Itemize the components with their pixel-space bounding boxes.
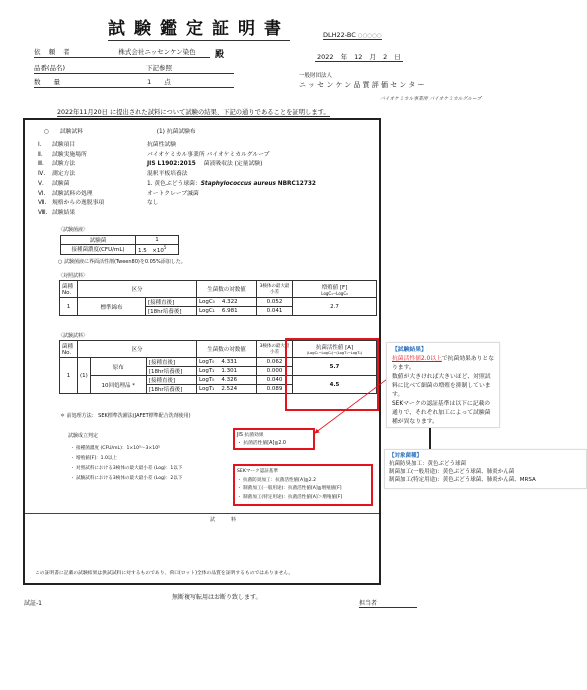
- item-num: Ⅰ.: [38, 141, 52, 151]
- intro-statement: 2022年11月20日 に提出された試料について試験の結果、下記の通りであること…: [57, 107, 330, 117]
- result-callout-text: 数値が大きければ大きいほど、対照試料に比べて細菌の増殖を抑制しています。: [392, 373, 494, 400]
- test-caption: 〈試験試料〉: [58, 332, 88, 339]
- log-value: 4.331: [221, 359, 237, 365]
- item-row: Ⅵ.試験試料の処理オートクレーブ滅菌: [38, 190, 316, 200]
- sample-label: 試験試料: [60, 126, 155, 135]
- org-name: ニッセンケン品質評価センター: [299, 80, 427, 90]
- item-num: Ⅳ.: [38, 170, 52, 180]
- org-type: 一般財団法人: [299, 71, 332, 79]
- timing: [18hr培養後]: [146, 367, 196, 376]
- species-line: 制菌加工(特定用途)：黄色ぶどう球菌、肺炎かん菌、MRSA: [389, 476, 582, 484]
- timing: [接種直後]: [146, 298, 197, 307]
- species-line: 制菌加工(一般用途)：黄色ぶどう球菌、肺炎かん菌: [389, 468, 582, 476]
- validity-title: 試験成立判定: [68, 432, 98, 439]
- item-label: 試験菌: [52, 180, 147, 190]
- sek-box-item: ・ 制菌加工(一般用途)：抗菌活性値[A]≧増殖値[F]: [237, 485, 369, 494]
- validity-item: ・ 対照試料における3検体の最大最小差 (Log)：1以下: [70, 464, 182, 474]
- growth-value: 2.7: [293, 298, 377, 316]
- log-label: LogC₁: [199, 308, 215, 314]
- item-value-bold: JIS L1902:2015: [147, 161, 196, 167]
- log-label: LogT₁: [199, 368, 214, 374]
- inoculum-label: 試験菌: [61, 236, 136, 245]
- item-value: 混釈平板培養法: [147, 171, 188, 177]
- item-label: 試験実施場所: [52, 151, 147, 161]
- sample-no: (1): [78, 358, 91, 394]
- inoculum-note: ○ 試験菌液に界面活性剤(Tween80)を0.05%添加した。: [58, 258, 186, 265]
- log-value: 2.524: [221, 386, 237, 392]
- item-label: 試験結果: [52, 209, 147, 219]
- issue-date: 2022 年 12 月 2 日: [315, 52, 403, 62]
- inoculum-table: 試験菌1 接種菌濃度(CFU/mL)1.5 ×105: [60, 235, 179, 255]
- strain-no: 1: [60, 358, 78, 394]
- log-label: LogC₀: [199, 299, 215, 305]
- inoculum-caption: 〈試験菌液〉: [58, 226, 88, 233]
- col-header-growth: 増殖値 [F]: [295, 283, 374, 291]
- item-row: Ⅳ.測定方法混釈平板培養法: [38, 170, 316, 180]
- result-callout: 【試験結果】 抗菌活性値2.0以上で抗菌効果ありとなります。 数値が大きければ大…: [386, 342, 500, 428]
- sample-mark: ○: [44, 129, 58, 135]
- inoculum-label: 接種菌濃度(CFU/mL): [61, 245, 136, 255]
- item-value-strain: NBRC12732: [278, 181, 316, 187]
- log-label: LogT₀: [199, 377, 214, 383]
- range-value: 0.041: [257, 307, 293, 316]
- col-header-no: 菌種No.: [60, 341, 78, 358]
- control-name: 標準綿布: [78, 298, 146, 316]
- growth-formula: LogC₁−LogC₀: [295, 291, 374, 296]
- species-callout: 【対象菌種】 抗菌防臭加工：黄色ぶどう球菌 制菌加工(一般用途)：黄色ぶどう球菌…: [384, 449, 587, 489]
- strain-no: 1: [60, 298, 78, 316]
- inoculum-value: 1.5 ×10: [138, 248, 164, 254]
- product-row: 品番(品名) 下記参照: [34, 63, 234, 74]
- timing: [接種直後]: [146, 376, 196, 385]
- item-value: オートクレーブ滅菌: [147, 191, 199, 197]
- client-label: 依 頼 者: [34, 47, 73, 56]
- callout-connector: [429, 427, 431, 449]
- client-row: 依 頼 者 株式会社ニッセンケン染色: [34, 47, 210, 58]
- item-value: 抗菌性試験: [147, 142, 176, 148]
- validity-item: ・ 増殖値[F]：1.0以上: [70, 454, 182, 464]
- doc-number-text: DLH22-BC: [323, 31, 356, 39]
- result-callout-highlight: 抗菌活性値2.0以上: [392, 356, 442, 362]
- org-department: バイオケミカル事業所 バイオケミカルグループ: [380, 95, 481, 102]
- result-callout-head: 【試験結果】: [392, 346, 494, 355]
- sek-box-item: ・ 制菌加工(特定用途)：抗菌活性値[A]＞増殖値[F]: [237, 494, 369, 503]
- jis-criteria-box: JIS 抗菌効果 ・ 抗菌活性値[A]≧2.0: [233, 428, 315, 450]
- sek-criteria-box: SEKマーク認証基準 ・ 抗菌防臭加工：抗菌活性値[A]≧2.2 ・ 制菌加工(…: [233, 464, 373, 506]
- item-label: 試験項目: [52, 141, 147, 151]
- species-callout-head: 【対象菌種】: [389, 452, 582, 460]
- quantity-value: 1 点: [109, 77, 209, 86]
- test-items-list: Ⅰ.試験項目抗菌性試験 Ⅱ.試験実施場所バイオケミカル事業所 バイオケミカルグル…: [38, 141, 316, 219]
- col-header-range: 3検体の最大最小差: [257, 281, 293, 298]
- control-table: 菌種No. 区分 生菌数の対数値 3検体の最大最小差 増殖値 [F]LogC₁−…: [59, 280, 377, 316]
- item-value: バイオケミカル事業所 バイオケミカルグループ: [147, 152, 269, 158]
- pretreatment-footnote: ＊ 前処理方法： SEK標準洗濯法(JAFET標準配合洗剤使用): [60, 412, 191, 419]
- item-num: Ⅲ.: [38, 160, 52, 170]
- item-row: Ⅷ.試験結果: [38, 209, 316, 219]
- col-header-category: 区分: [78, 281, 197, 298]
- jis-box-title: JIS 抗菌効果: [237, 432, 311, 440]
- item-value: 1. 黄色ぶどう球菌：: [147, 181, 201, 187]
- document-title: 試験鑑定証明書: [108, 14, 290, 41]
- timing: [18hr培養後]: [146, 307, 197, 316]
- log-value: 6.981: [222, 308, 238, 314]
- log-value: 4.326: [221, 377, 237, 383]
- item-value: 菌液吸収法 (定量試験): [204, 161, 263, 167]
- control-caption: 〈対照試料〉: [58, 272, 88, 279]
- validity-item: ・ 試験試料における3検体の最大最小差 (Log)：2以下: [70, 474, 182, 484]
- sek-box-item: ・ 抗菌防臭加工：抗菌活性値[A]≧2.2: [237, 477, 369, 486]
- item-row: Ⅶ.規格からの逸脱事項なし: [38, 199, 316, 209]
- section-divider: [25, 513, 379, 514]
- item-label: 測定方法: [52, 170, 147, 180]
- timing: [接種直後]: [146, 358, 196, 367]
- log-label: LogT₁: [199, 386, 214, 392]
- group-name: 10回処理品 *: [90, 376, 146, 394]
- item-num: Ⅵ.: [38, 190, 52, 200]
- product-label: 品番(品名): [34, 63, 65, 72]
- item-label: 規格からの逸脱事項: [52, 199, 147, 209]
- quantity-label: 数 量: [34, 77, 60, 86]
- sample-section-label: 試 料: [210, 516, 238, 523]
- item-row: Ⅱ.試験実施場所バイオケミカル事業所 バイオケミカルグループ: [38, 151, 316, 161]
- col-header-logval: 生菌数の対数値: [197, 281, 257, 298]
- validity-list: ・ 接種菌濃度 (CFU/mL)：1×10⁵〜3×10⁵ ・ 増殖値[F]：1.…: [70, 444, 182, 484]
- item-num: Ⅶ.: [38, 199, 52, 209]
- document-number: DLH22-BC○○○○○: [323, 31, 382, 40]
- col-header-category: 区分: [78, 341, 197, 358]
- group-name: 原布: [90, 358, 146, 376]
- sample-value: (1) 抗菌試験布: [157, 129, 196, 135]
- form-id: 試証-1: [24, 598, 42, 607]
- product-value: 下記参照: [109, 63, 209, 72]
- inoculum-exponent: 5: [164, 245, 167, 250]
- range-value: 0.052: [257, 298, 293, 307]
- item-row: Ⅲ.試験方法JIS L1902:2015菌液吸収法 (定量試験): [38, 160, 316, 170]
- quantity-row: 数 量 1 点: [34, 77, 234, 88]
- item-label: 試験方法: [52, 160, 147, 170]
- sek-box-title: SEKマーク認証基準: [237, 468, 369, 477]
- validity-item: ・ 接種菌濃度 (CFU/mL)：1×10⁵〜3×10⁵: [70, 444, 182, 454]
- inoculum-value: 1: [136, 236, 179, 245]
- item-label: 試験試料の処理: [52, 190, 147, 200]
- item-num: Ⅷ.: [38, 209, 52, 219]
- sample-row: ○ 試験試料 (1) 抗菌試験布: [44, 126, 196, 135]
- item-value-species: Staphylococcus aureus: [201, 181, 276, 187]
- item-num: Ⅱ.: [38, 151, 52, 161]
- log-value: 4.322: [222, 299, 238, 305]
- col-header-no: 菌種No.: [60, 281, 78, 298]
- doc-number-suffix: ○○○○○: [358, 33, 382, 39]
- client-value: 株式会社ニッセンケン染色: [102, 47, 212, 56]
- log-value: 1.301: [221, 368, 237, 374]
- item-row: Ⅰ.試験項目抗菌性試験: [38, 141, 316, 151]
- item-value: なし: [147, 200, 159, 206]
- col-header-logval: 生菌数の対数値: [197, 341, 257, 358]
- item-num: Ⅴ.: [38, 180, 52, 190]
- log-label: LogT₀: [199, 359, 214, 365]
- result-callout-text: SEKマークの認証基準は以下に記載の通りで、それぞれ加工によって試験菌種が異なり…: [392, 400, 494, 427]
- species-line: 抗菌防臭加工：黄色ぶどう球菌: [389, 460, 582, 468]
- no-copy-notice: 無断複写転用はお断り致します。: [172, 592, 262, 601]
- item-row: Ⅴ.試験菌1. 黄色ぶどう球菌：Staphylococcus aureus NB…: [38, 180, 316, 190]
- timing: [18hr培養後]: [146, 385, 196, 394]
- jis-box-item: ・ 抗菌活性値[A]≧2.0: [237, 440, 311, 448]
- person-in-charge: 担当者: [359, 598, 417, 608]
- disclaimer: この証明書に記載の試験結果は供試試料に対するものであり、荷口(ロット)全体の品質…: [35, 569, 293, 576]
- honorific: 殿: [215, 47, 224, 60]
